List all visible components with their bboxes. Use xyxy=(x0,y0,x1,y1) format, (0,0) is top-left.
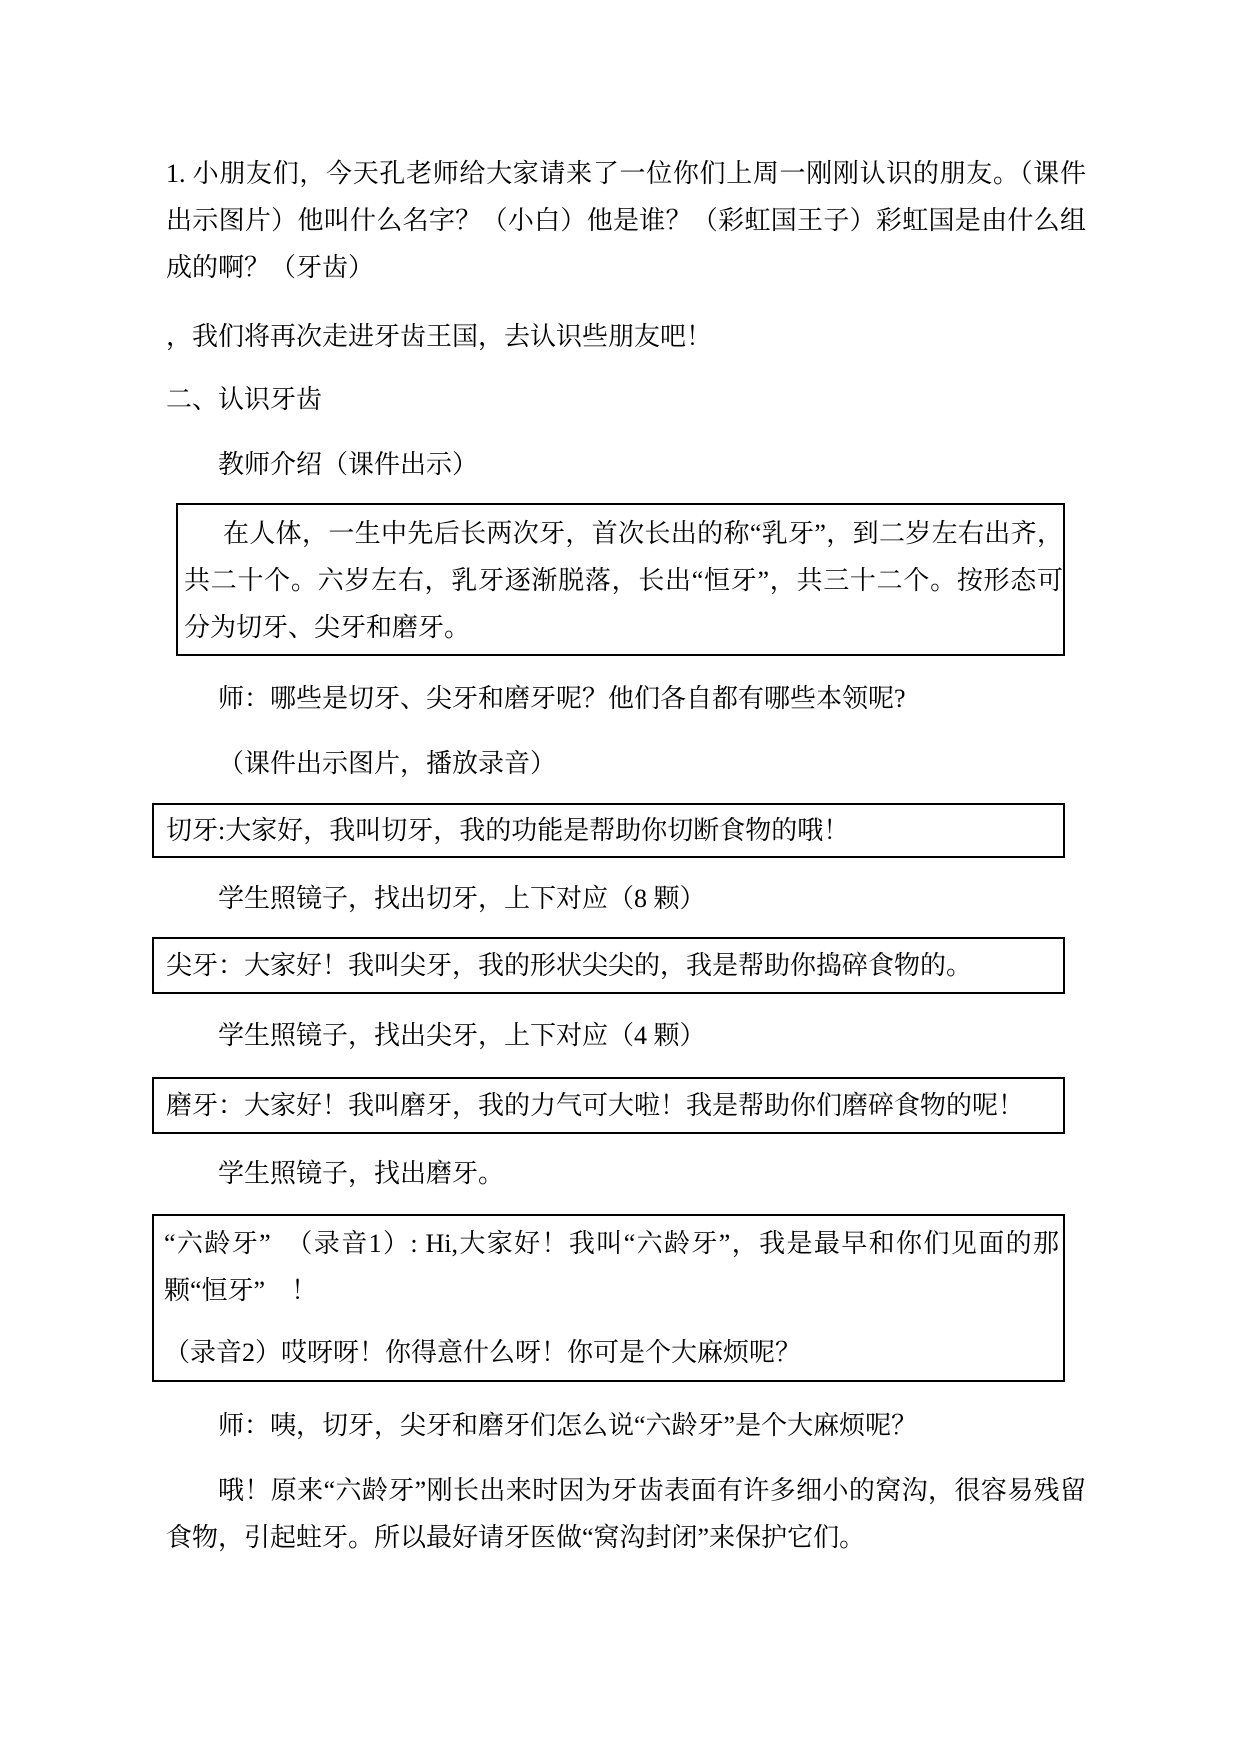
document-page: 1. 小朋友们，今天孔老师给大家请来了一位你们上周一刚刚认识的朋友。（课件出示图… xyxy=(0,0,1241,1754)
courseware-note: （课件出示图片，播放录音） xyxy=(166,740,1086,787)
paragraph-explanation: 哦！原来“六龄牙”刚长出来时因为牙齿表面有许多细小的窝沟，很容易残留食物，引起蛀… xyxy=(166,1467,1086,1561)
teacher-intro-label: 教师介绍（课件出示） xyxy=(166,441,1086,488)
teeth-info-box: 在人体，一生中先后长两次牙，首次长出的称“乳牙”，到二岁左右出齐，共二十个。六岁… xyxy=(176,503,1065,656)
paragraph-intro-1: 1. 小朋友们，今天孔老师给大家请来了一位你们上周一刚刚认识的朋友。（课件出示图… xyxy=(166,150,1086,291)
canine-dialog-text: 尖牙：大家好！我叫尖牙，我的形状尖尖的，我是帮助你捣碎食物的。 xyxy=(166,942,1059,989)
six-year-molar-recording-1: “六龄牙” （录音1）: Hi,大家好！我叫“六龄牙”，我是最早和你们见面的那颗… xyxy=(164,1220,1059,1314)
teeth-info-text: 在人体，一生中先后长两次牙，首次长出的称“乳牙”，到二岁左右出齐，共二十个。六岁… xyxy=(184,510,1063,651)
molar-dialog-text: 磨牙：大家好！我叫磨牙，我的力气可大啦！我是帮助你们磨碎食物的呢！ xyxy=(166,1082,1059,1129)
teacher-question-2: 师：咦，切牙，尖牙和磨牙们怎么说“六龄牙”是个大麻烦呢？ xyxy=(166,1402,1086,1449)
incisor-dialog-box: 切牙:大家好，我叫切牙，我的功能是帮助你切断食物的哦！ xyxy=(152,803,1065,858)
section-heading: 二、认识牙齿 xyxy=(166,376,1086,423)
molar-dialog-box: 磨牙：大家好！我叫磨牙，我的力气可大啦！我是帮助你们磨碎食物的呢！ xyxy=(152,1077,1065,1134)
six-year-molar-recording-2: （录音2）哎呀呀！你得意什么呀！你可是个大麻烦呢？ xyxy=(164,1329,1059,1376)
activity-canine: 学生照镜子，找出尖牙，上下对应（4 颗） xyxy=(166,1012,1086,1059)
activity-molar: 学生照镜子，找出磨牙。 xyxy=(166,1150,1086,1197)
activity-incisor: 学生照镜子，找出切牙，上下对应（8 颗） xyxy=(166,875,1086,922)
incisor-dialog-text: 切牙:大家好，我叫切牙，我的功能是帮助你切断食物的哦！ xyxy=(166,807,1059,854)
paragraph-intro-2: ，我们将再次走进牙齿王国，去认识些朋友吧！ xyxy=(166,313,1086,360)
canine-dialog-box: 尖牙：大家好！我叫尖牙，我的形状尖尖的，我是帮助你捣碎食物的。 xyxy=(152,937,1065,994)
teacher-question-1: 师：哪些是切牙、尖牙和磨牙呢？他们各自都有哪些本领呢? xyxy=(166,675,1086,722)
six-year-molar-dialog-box: “六龄牙” （录音1）: Hi,大家好！我叫“六龄牙”，我是最早和你们见面的那颗… xyxy=(152,1214,1065,1382)
document-content: 1. 小朋友们，今天孔老师给大家请来了一位你们上周一刚刚认识的朋友。（课件出示图… xyxy=(166,150,1086,1561)
